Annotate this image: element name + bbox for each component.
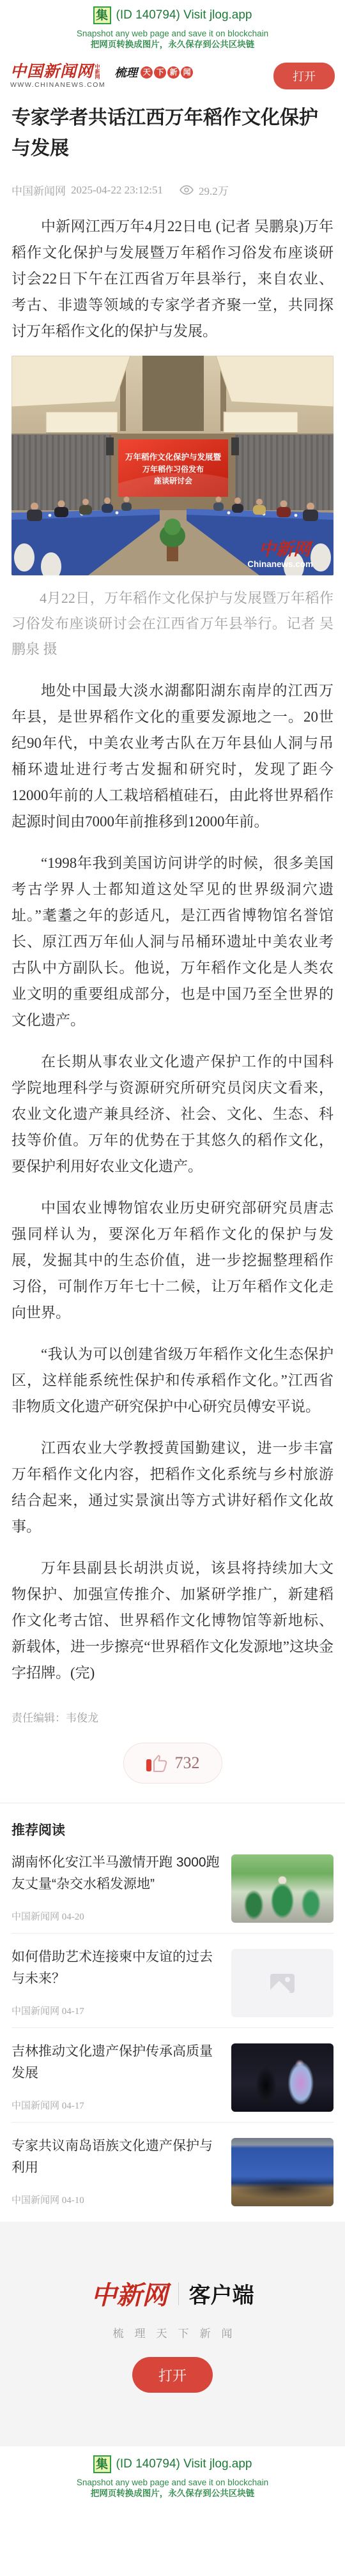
- jlog-logo-icon: 集: [93, 2455, 111, 2473]
- site-header: 中国新闻网 中新网 WWW.CHINANEWS.COM 梳理 天下新闻 打开: [0, 58, 345, 94]
- slogan-dot-char: 新: [167, 66, 180, 79]
- article-photo-conference: 万年稻作文化保护与发展暨 万年稻作习俗发布 座谈研讨会: [11, 356, 333, 575]
- thumbs-up-icon: [146, 1754, 169, 1773]
- article-paragraphs: 地处中国最大淡水湖鄱阳湖东南岸的江西万年县，是世界稻作文化的重要发源地之一。20…: [11, 678, 333, 1686]
- article-lead-paragraph: 中新网江西万年4月22日电 (记者 吴鹏泉)万年稻作文化保护与发展暨万年稻作习俗…: [11, 213, 333, 344]
- recommended-article-meta: 中国新闻网 04-17: [11, 1996, 222, 2017]
- view-count: 29.2万: [199, 182, 229, 198]
- image-placeholder-icon: [270, 1974, 295, 1993]
- jlog-id-link[interactable]: (ID 140794) Visit jlog.app: [116, 8, 252, 22]
- slogan-dot-char: 闻: [181, 66, 193, 79]
- article-paragraph: 中国农业博物馆农业历史研究部研究员唐志强同样认为，要深化万年稻作文化的保护与发展…: [11, 1195, 333, 1326]
- recommended-article-link[interactable]: 专家共议南岛语族文化遗产保护与利用 中国新闻网 04-10: [11, 2123, 333, 2216]
- svg-text:万年稻作文化保护与发展暨: 万年稻作文化保护与发展暨: [125, 452, 222, 462]
- jlog-banner-top[interactable]: 集 (ID 140794) Visit jlog.app Snapshot an…: [0, 0, 345, 58]
- recommended-article-thumbnail: [231, 2138, 333, 2206]
- recommended-article-date: 04-20: [62, 1912, 84, 1922]
- article-meta: 中国新闻网 2025-04-22 23:12:51 29.2万: [11, 182, 333, 198]
- article-body: 专家学者共话江西万年稻作文化保护与发展 中国新闻网 2025-04-22 23:…: [0, 103, 345, 1784]
- recommended-article-title: 如何借助艺术连接柬中友谊的过去与未来？: [11, 1946, 222, 1990]
- eye-icon: [180, 185, 194, 195]
- app-slogan: 梳理天下新闻: [102, 2324, 243, 2340]
- recommended-article-link[interactable]: 如何借助艺术连接柬中友谊的过去与未来？ 中国新闻网 04-17: [11, 1934, 333, 2028]
- jlog-subtitle-zh: 把网页转换成图片，永久保存到公共区块链: [0, 39, 345, 50]
- slogan-dot-char: 天: [141, 66, 153, 79]
- section-divider: [0, 1803, 345, 1803]
- svg-text:万年稻作习俗发布: 万年稻作习俗发布: [142, 464, 204, 474]
- recommended-article-thumbnail: [231, 2043, 333, 2112]
- jlog-subtitle-zh: 把网页转换成图片，永久保存到公共区块链: [0, 2488, 345, 2499]
- recommended-article-link[interactable]: 吉林推动文化遗产保护传承高质量发展 中国新闻网 04-17: [11, 2028, 333, 2123]
- recommended-article-thumbnail: [231, 1854, 333, 1923]
- slogan-badge: 梳理 天下新闻: [114, 64, 193, 80]
- article-paragraph: “我认为可以创建省级万年稻作文化生态保护区，这样能系统性保护和传承稻作文化。”江…: [11, 1341, 333, 1420]
- article-paragraph: “1998年我到美国访问讲学的时候，很多美国考古学界人士都知道这处罕见的世界级洞…: [11, 850, 333, 1033]
- logo-calligraphy: 中国新闻网: [10, 64, 93, 80]
- slogan-dot-char: 下: [154, 66, 166, 79]
- article-paragraph: 江西农业大学教授黄国勤建议，进一步丰富万年稻作文化内容，把稻作文化系统与乡村旅游…: [11, 1435, 333, 1540]
- article-paragraph: 万年县副县长胡洪贞说，该县将持续加大文物保护、加强宣传推介、加紧研学推广，新建稻…: [11, 1555, 333, 1686]
- recommended-article-source: 中国新闻网: [11, 1912, 59, 1922]
- jlog-id-link[interactable]: (ID 140794) Visit jlog.app: [116, 2457, 252, 2471]
- recommended-article-date: 04-17: [62, 2006, 84, 2017]
- recommended-list: 湖南怀化安江半马激情开跑 3000跑友丈量“杂交水稻发源地” 中国新闻网 04-…: [11, 1839, 333, 2216]
- article-source: 中国新闻网: [11, 182, 66, 198]
- jlog-banner-bottom[interactable]: 集 (ID 140794) Visit jlog.app Snapshot an…: [0, 2446, 345, 2507]
- recommended-article-source: 中国新闻网: [11, 2006, 59, 2017]
- like-button[interactable]: 732: [123, 1743, 222, 1784]
- article-paragraph: 在长期从事农业文化遗产保护工作的中国科学院地理科学与资源研究所研究员闵庆文看来，…: [11, 1049, 333, 1179]
- svg-text:Chinanews.com: Chinanews.com: [247, 559, 313, 569]
- recommended-heading: 推荐阅读: [11, 1820, 333, 1839]
- recommended-article-thumbnail: [231, 1949, 333, 2017]
- recommended-section: 推荐阅读 湖南怀化安江半马激情开跑 3000跑友丈量“杂交水稻发源地” 中国新闻…: [0, 1820, 345, 2216]
- jlog-logo-icon: 集: [93, 6, 111, 24]
- logo-mini-text: 中新网: [95, 64, 100, 79]
- like-count: 732: [175, 1754, 200, 1773]
- svg-text:座谈研讨会: 座谈研讨会: [154, 476, 192, 485]
- recommended-article-title: 专家共议南岛语族文化遗产保护与利用: [11, 2135, 222, 2179]
- article-title: 专家学者共话江西万年稻作文化保护与发展: [11, 103, 333, 164]
- recommended-article-source: 中国新闻网: [11, 2101, 59, 2111]
- app-logo-calligraphy: 中新网: [91, 2275, 168, 2312]
- recommended-article-meta: 中国新闻网 04-17: [11, 2091, 222, 2112]
- app-promo-footer: 中新网 客户端 梳理天下新闻 打开: [0, 2222, 345, 2446]
- recommended-article-date: 04-10: [62, 2195, 84, 2206]
- jlog-subtitle-en: Snapshot any web page and save it on blo…: [0, 2477, 345, 2488]
- recommended-article-date: 04-17: [62, 2101, 84, 2111]
- slogan-dots: 天下新闻: [139, 66, 193, 79]
- recommended-article-title: 湖南怀化安江半马激情开跑 3000跑友丈量“杂交水稻发源地”: [11, 1852, 222, 1895]
- logo-url-text: WWW.CHINANEWS.COM: [10, 81, 105, 89]
- recommended-article-title: 吉林推动文化遗产保护传承高质量发展: [11, 2041, 222, 2084]
- photo-caption: 4月22日，万年稻作文化保护与发展暨万年稻作习俗发布座谈研讨会在江西省万年县举行…: [11, 586, 333, 662]
- open-app-button-footer[interactable]: 打开: [132, 2357, 213, 2393]
- jlog-subtitle-en: Snapshot any web page and save it on blo…: [0, 28, 345, 39]
- chinanews-logo[interactable]: 中国新闻网 中新网 WWW.CHINANEWS.COM: [10, 64, 105, 89]
- recommended-article-meta: 中国新闻网 04-10: [11, 2185, 222, 2206]
- svg-text:中新网: 中新网: [259, 540, 314, 559]
- article-paragraph: 地处中国最大淡水湖鄱阳湖东南岸的江西万年县，是世界稻作文化的重要发源地之一。20…: [11, 678, 333, 835]
- editor-credit: 责任编辑：韦俊龙: [11, 1709, 333, 1725]
- recommended-article-link[interactable]: 湖南怀化安江半马激情开跑 3000跑友丈量“杂交水稻发源地” 中国新闻网 04-…: [11, 1839, 333, 1934]
- article-datetime: 2025-04-22 23:12:51: [71, 184, 163, 197]
- app-client-label: 客户端: [189, 2278, 254, 2309]
- open-app-button-top[interactable]: 打开: [273, 63, 335, 89]
- recommended-article-source: 中国新闻网: [11, 2195, 59, 2206]
- logo-divider: [178, 2282, 179, 2305]
- slogan-prefix: 梳理: [114, 64, 137, 80]
- recommended-article-meta: 中国新闻网 04-20: [11, 1902, 222, 1923]
